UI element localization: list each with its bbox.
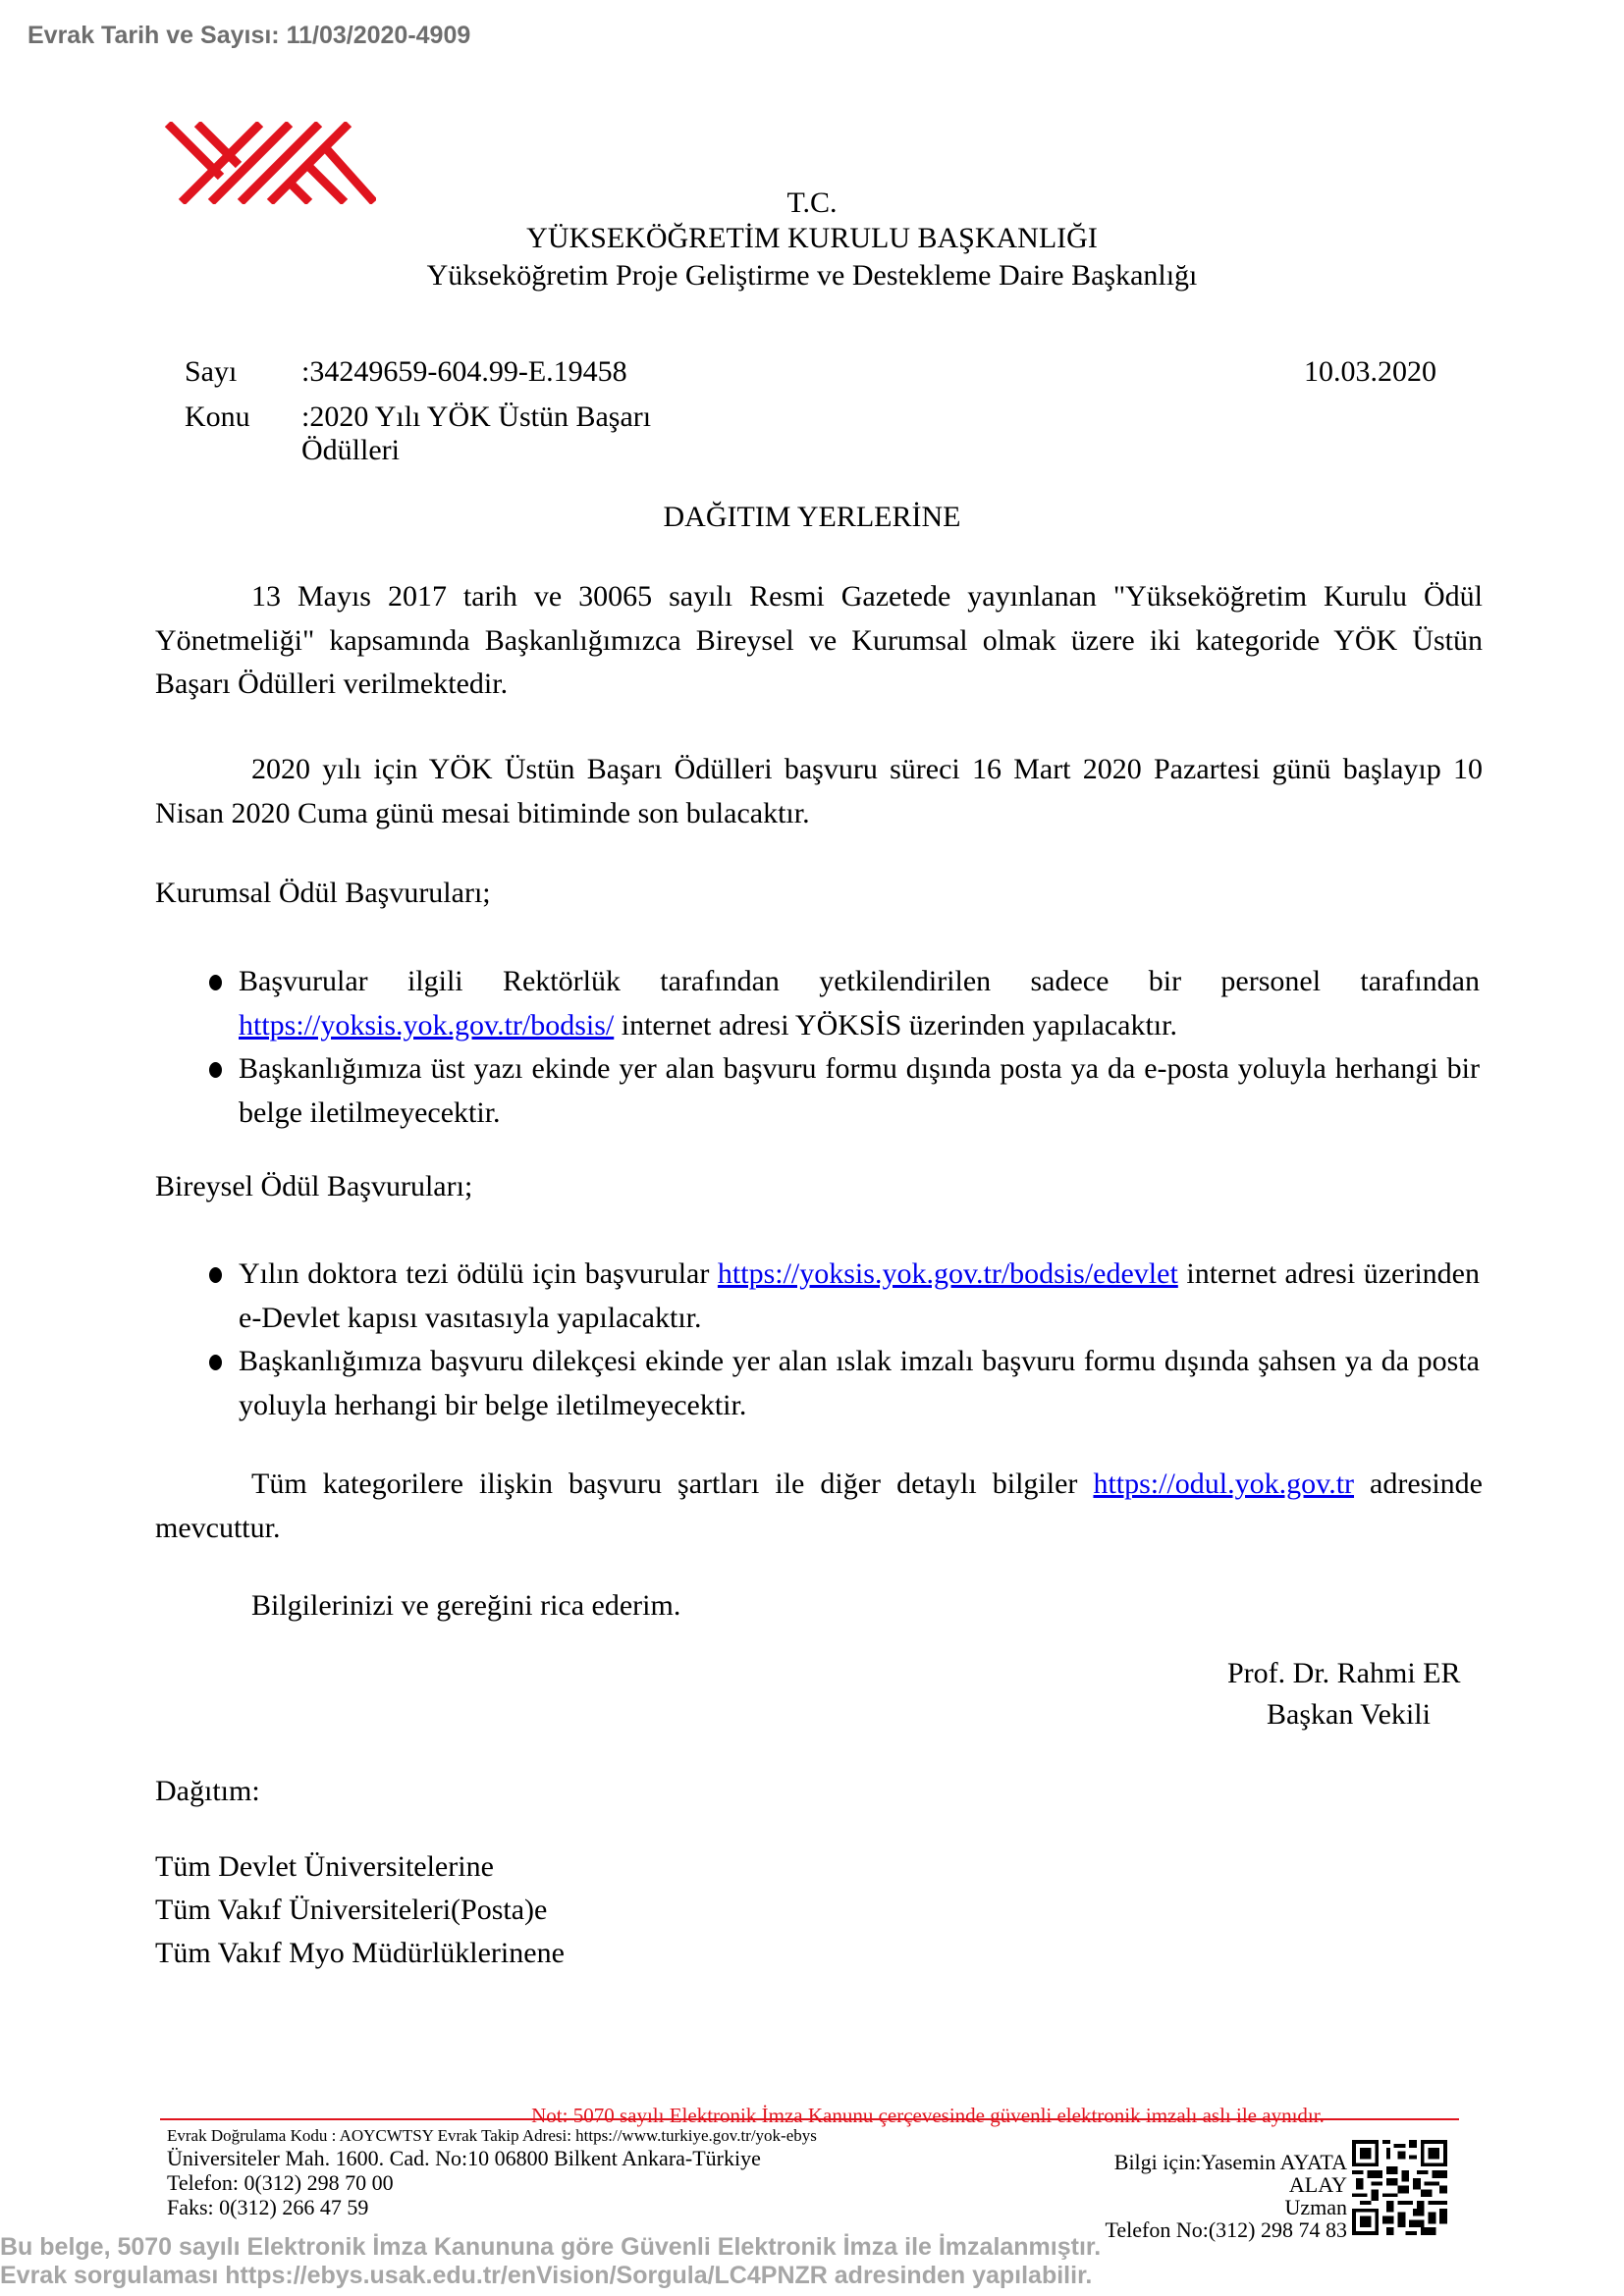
list-item: Başkanlığımıza başvuru dilekçesi ekinde … <box>201 1340 1480 1427</box>
body-paragraph-2: 2020 yılı için YÖK Üstün Başarı Ödülleri… <box>155 748 1483 835</box>
individual-bullet-list: Yılın doktora tezi ödülü için başvurular… <box>201 1253 1480 1427</box>
bodsis-edevlet-link[interactable]: https://yoksis.yok.gov.tr/bodsis/edevlet <box>718 1257 1178 1290</box>
subject-value: :2020 Yılı YÖK Üstün Başarı Ödülleri <box>301 400 714 467</box>
list-item-text: Başvurular ilgili Rektörlük tarafından y… <box>239 965 1480 997</box>
distribution-item: Tüm Vakıf Myo Müdürlüklerinene <box>155 1932 565 1975</box>
number-value: :34249659-604.99-E.19458 <box>301 355 627 389</box>
body-paragraph-1: 13 Mayıs 2017 tarih ve 30065 sayılı Resm… <box>155 575 1483 707</box>
list-item-text: Başkanlığımıza başvuru dilekçesi ekinde … <box>239 1345 1480 1421</box>
qr-code-icon <box>1352 2140 1447 2235</box>
recipient-heading: DAĞITIM YERLERİNE <box>0 501 1624 534</box>
bullet-icon <box>209 1267 222 1283</box>
document-date: 10.03.2020 <box>1304 355 1436 389</box>
signatory-name: Prof. Dr. Rahmi ER <box>1227 1657 1461 1690</box>
bullet-icon <box>209 1062 222 1078</box>
individual-section-title: Bireysel Ödül Başvuruları; <box>155 1170 472 1203</box>
contact-phone: Telefon No:(312) 298 74 83 <box>1105 2217 1347 2242</box>
list-item: Başvurular ilgili Rektörlük tarafından y… <box>201 960 1480 1047</box>
bullet-icon <box>209 1355 222 1370</box>
contact-role: Uzman <box>1284 2195 1347 2219</box>
verification-code-line: Evrak Doğrulama Kodu : AOYCWTSY Evrak Ta… <box>167 2126 817 2146</box>
list-item: Başkanlığımıza üst yazı ekinde yer alan … <box>201 1047 1480 1135</box>
header-department: Yükseköğretim Proje Geliştirme ve Destek… <box>0 259 1624 293</box>
body-paragraph-1-text: 13 Mayıs 2017 tarih ve 30065 sayılı Resm… <box>155 580 1483 700</box>
odul-link[interactable]: https://odul.yok.gov.tr <box>1093 1468 1354 1500</box>
bullet-icon <box>209 975 222 990</box>
header-institution: YÜKSEKÖĞRETİM KURULU BAŞKANLIĞI <box>0 222 1624 255</box>
distribution-list: Tüm Devlet Üniversitelerine Tüm Vakıf Ün… <box>155 1845 565 1975</box>
closing-sentence: Bilgilerinizi ve gereğini rica ederim. <box>251 1589 680 1623</box>
number-label: Sayı <box>185 355 237 389</box>
signatory-title: Başkan Vekili <box>1267 1698 1431 1732</box>
body-paragraph-3-text: Tüm kategorilere ilişkin başvuru şartlar… <box>251 1468 1093 1500</box>
footer-phone: Telefon: 0(312) 298 70 00 <box>167 2170 394 2195</box>
footer-divider <box>160 2118 1459 2120</box>
list-item: Yılın doktora tezi ödülü için başvurular… <box>201 1253 1480 1340</box>
body-paragraph-2-text: 2020 yılı için YÖK Üstün Başarı Ödülleri… <box>155 753 1483 829</box>
distribution-item: Tüm Devlet Üniversitelerine <box>155 1845 565 1889</box>
distribution-item: Tüm Vakıf Üniversiteleri(Posta)e <box>155 1889 565 1932</box>
contact-person: Bilgi için:Yasemin AYATA <box>1114 2150 1347 2174</box>
bodsis-link[interactable]: https://yoksis.yok.gov.tr/bodsis/ <box>239 1009 614 1041</box>
list-item-text: Başkanlığımıza üst yazı ekinde yer alan … <box>239 1052 1480 1129</box>
distribution-title: Dağıtım: <box>155 1775 260 1808</box>
e-signature-note: Not: 5070 sayılı Elektronik İmza Kanunu … <box>116 2104 1624 2128</box>
e-signature-stamp: Bu belge, 5070 sayılı Elektronik İmza Ka… <box>0 2233 1101 2262</box>
document-query-stamp: Evrak sorgulaması https://ebys.usak.edu.… <box>0 2262 1092 2290</box>
contact-person-surname: ALAY <box>1289 2172 1347 2197</box>
institutional-section-title: Kurumsal Ödül Başvuruları; <box>155 877 491 910</box>
footer-address: Üniversiteler Mah. 1600. Cad. No:10 0680… <box>167 2146 761 2170</box>
document-date-number-stamp: Evrak Tarih ve Sayısı: 11/03/2020-4909 <box>27 22 470 50</box>
header-tc: T.C. <box>0 187 1624 220</box>
subject-label: Konu <box>185 400 250 434</box>
footer-fax: Faks: 0(312) 266 47 59 <box>167 2195 368 2219</box>
body-paragraph-3: Tüm kategorilere ilişkin başvuru şartlar… <box>155 1463 1483 1550</box>
list-item-text: Yılın doktora tezi ödülü için başvurular <box>239 1257 718 1290</box>
institutional-bullet-list: Başvurular ilgili Rektörlük tarafından y… <box>201 960 1480 1135</box>
list-item-text: internet adresi YÖKSİS üzerinden yapılac… <box>614 1009 1177 1041</box>
